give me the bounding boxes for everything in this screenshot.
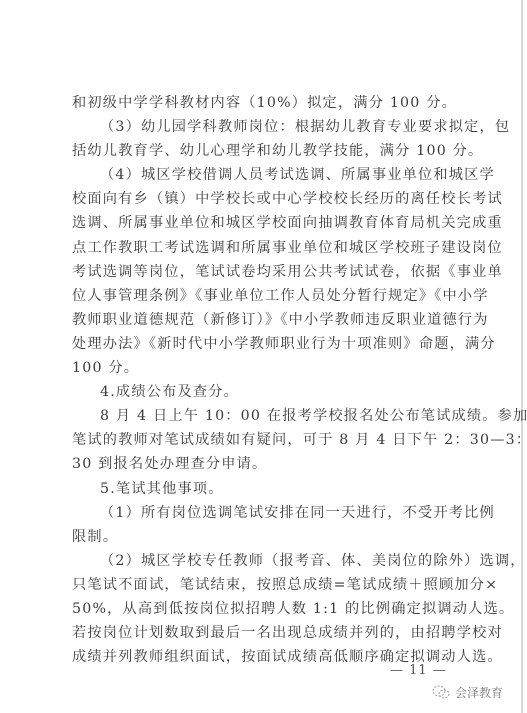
text-line: 点工作教职工考试选调和所属事业单位和城区学校班子建设岗位 xyxy=(72,236,460,260)
wechat-icon xyxy=(432,685,450,700)
text-line: 位人事管理条例》《事业单位工作人员处分暂行规定》《中小学 xyxy=(72,284,460,308)
text-line: 考试选调等岗位，笔试试卷均采用公共考试试卷，依据《事业单 xyxy=(72,260,460,284)
text-line: 30 到报名处办理查分申请。 xyxy=(72,452,460,476)
text-line: 只笔试不面试，笔试结束，按照总成绩=笔试成绩＋照顾加分× xyxy=(72,573,460,597)
text-line: 100 分。 xyxy=(72,356,460,380)
text-line: 50%，从高到低按岗位拟招聘人数 1:1 的比例确定拟调动人选。 xyxy=(72,597,460,621)
text-line: （1）所有岗位选调笔试安排在同一天进行，不受开考比例 xyxy=(72,501,460,525)
document-body: 和初级中学学科教材内容（10%）拟定，满分 100 分。 （3）幼儿园学科教师岗… xyxy=(72,91,460,669)
text-line: 处理办法》《新时代中小学教师职业行为十项准则》命题，满分 xyxy=(72,332,460,356)
text-line: 教师职业道德规范（新修订）》《中小学教师违反职业道德行为 xyxy=(72,308,460,332)
text-line: 和初级中学学科教材内容（10%）拟定，满分 100 分。 xyxy=(72,91,460,115)
text-line: 若按岗位计划数取到最后一名出现总成绩并列的，由招聘学校对 xyxy=(72,621,460,645)
text-line: 8 月 4 日上午 10：00 在报考学校报名处公布笔试成绩。参加 xyxy=(72,404,460,428)
text-line: 括幼儿教育学、幼儿心理学和幼儿教学技能，满分 100 分。 xyxy=(72,139,460,163)
text-line: 选调、所属事业单位和城区学校面向抽调教育体育局机关完成重 xyxy=(72,211,460,235)
page-edge-border xyxy=(521,0,523,713)
text-line: 限制。 xyxy=(72,525,460,549)
text-line: （3）幼儿园学科教师岗位：根据幼儿教育专业要求拟定，包 xyxy=(72,115,460,139)
watermark-label: 会泽教育 xyxy=(455,684,503,701)
text-line: （4）城区学校借调人员考试选调、所属事业单位和城区学 xyxy=(72,163,460,187)
section-heading: 4.成绩公布及查分。 xyxy=(72,380,460,404)
text-line: 笔试的教师对笔试成绩如有疑问，可于 8 月 4 日下午 2：30—3： xyxy=(72,428,460,452)
text-line: （2）城区学校专任教师（报考音、体、美岗位的除外）选调， xyxy=(72,549,460,573)
text-line: 校面向有乡（镇）中学校长或中心学校校长经历的离任校长考试 xyxy=(72,187,460,211)
section-heading: 5.笔试其他事项。 xyxy=(72,477,460,501)
watermark: 会泽教育 xyxy=(432,684,503,701)
page-number: — 11 — xyxy=(390,663,447,678)
